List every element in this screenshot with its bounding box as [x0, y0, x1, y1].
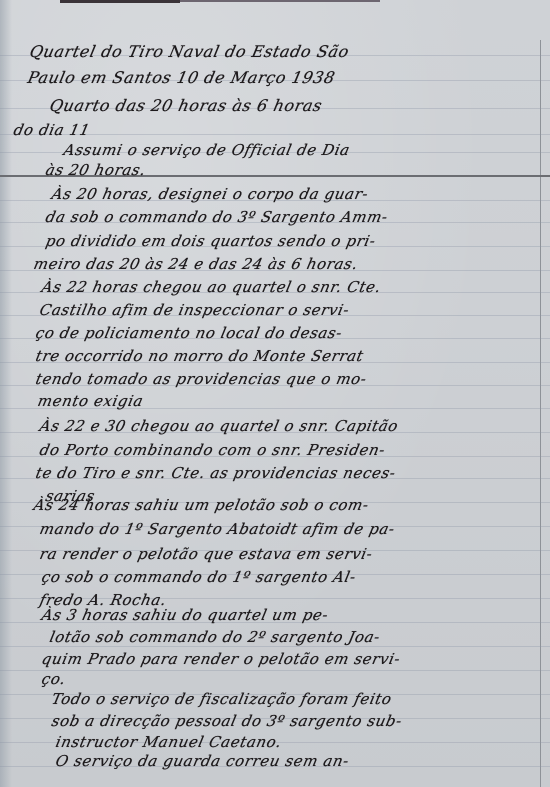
- text-line: do Porto combinando com o snr. Presiden-: [38, 441, 387, 459]
- text-line: meiro das 20 às 24 e das 24 às 6 horas.: [32, 255, 360, 273]
- ruled-line: [0, 646, 550, 647]
- heading-line: Quartel do Tiro Naval do Estado São: [28, 42, 351, 61]
- text-line: tendo tomado as providencias que o mo-: [34, 370, 368, 388]
- text-line: Às 3 horas sahiu do quartel um pe-: [40, 606, 330, 624]
- text-line: Castilho afim de inspeccionar o servi-: [38, 301, 351, 319]
- text-line: ra render o pelotão que estava em servi-: [38, 545, 374, 563]
- text-line: do dia 11: [12, 121, 92, 139]
- text-line: ço de policiamento no local do desas-: [34, 324, 344, 342]
- text-line: Às 22 e 30 chegou ao quartel o snr. Capi…: [38, 417, 400, 435]
- page-left-edge-shadow: [0, 0, 12, 787]
- heading-line: Paulo em Santos 10 de Março 1938: [26, 68, 337, 87]
- text-line: Às 24 horas sahiu um pelotão sob o com-: [32, 496, 371, 514]
- page-top-edge-shadow: [60, 0, 180, 3]
- text-line: ço.: [40, 670, 68, 688]
- text-line: instructor Manuel Caetano.: [54, 733, 283, 751]
- text-line: quim Prado para render o pelotão em serv…: [40, 650, 402, 668]
- text-line: às 20 horas.: [44, 161, 148, 179]
- document-page: Quartel do Tiro Naval do Estado São Paul…: [0, 0, 550, 787]
- heading-line: Quarto das 20 horas às 6 horas: [48, 96, 324, 115]
- text-line: mento exigia: [36, 392, 145, 410]
- text-line: sob a direcção pessoal do 3º sargento su…: [50, 712, 404, 730]
- text-line: po dividido em dois quartos sendo o pri-: [44, 232, 377, 250]
- text-line: Às 20 horas, designei o corpo da guar-: [50, 185, 370, 203]
- ruled-line: [0, 670, 550, 671]
- text-line: Assumi o serviço de Official de Dia: [62, 141, 352, 159]
- text-line: mando do 1º Sargento Abatoidt afim de pa…: [38, 520, 397, 538]
- page-top-edge-shadow: [180, 0, 380, 2]
- text-line: O serviço da guarda correu sem an-: [54, 752, 351, 770]
- text-line: te do Tiro e snr. Cte. as providencias n…: [34, 464, 397, 482]
- text-line: Às 22 horas chegou ao quartel o snr. Cte…: [40, 278, 383, 296]
- text-line: da sob o commando do 3º Sargento Amm-: [44, 208, 390, 226]
- text-line: ço sob o commando do 1º sargento Al-: [40, 568, 358, 586]
- text-line: lotão sob commando do 2º sargento Joa-: [48, 628, 382, 646]
- text-line: Todo o serviço de fiscalização foram fei…: [50, 690, 394, 708]
- text-line: tre occorrido no morro do Monte Serrat: [34, 347, 365, 365]
